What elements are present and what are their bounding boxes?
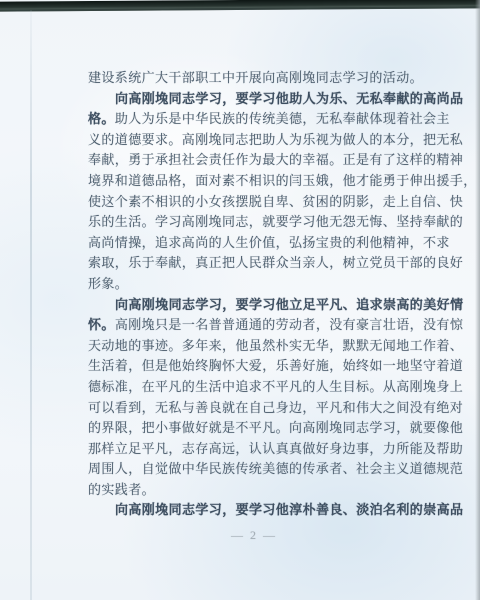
text-line: 可以看到，无私与善良就在自己身边，平凡和伟大之间没有绝对 (88, 398, 464, 419)
text-line: 高尚情操，追求高尚的人生价值，弘扬宝贵的利他精神，不求 (88, 233, 464, 254)
text-line: 的界限，把小事做好就是不平凡。向高刚堍同志学习，就要像他 (88, 418, 464, 439)
text-line: 使这个素不相识的小女孩摆脱自卑、贫困的阴影，走上自信、快 (88, 192, 464, 213)
text-line: 周围人，自觉做中华民族传统美德的传承者、社会主义道德规范 (88, 459, 464, 480)
text-line: 索取，乐于奉献，真正把人民群众当亲人，树立党员干部的良好 (88, 253, 464, 274)
text-run: 形象。 (88, 276, 128, 291)
text-run: 周围人，自觉做中华民族传统美德的传承者、社会主义道德规范 (88, 461, 463, 476)
bold-text-run: 向高刚堍同志学习，要学习他立足平凡、追求崇高的美好情 (115, 297, 463, 312)
text-line: 形象。 (88, 274, 464, 295)
text-line: 德标准，在平凡的生活中追求不平凡的人生目标。从高刚堍身上 (88, 377, 464, 398)
text-run: 乐的生活。学习高刚堍同志，就要学习他无怨无悔、坚持奉献的 (88, 214, 463, 229)
text-line: 义的道德要求。高刚堍同志把助人为乐视为做人的本分，把无私 (88, 130, 464, 151)
text-line: 向高刚堍同志学习，要学习他淳朴善良、淡泊名利的崇高品 (88, 500, 464, 521)
text-line: 奉献，勇于承担社会责任作为最大的幸福。正是有了这样的精神 (88, 150, 464, 171)
scan-edge-band (0, 0, 480, 12)
text-run: 高刚堍只是一名普普通通的劳动者，没有豪言壮语，没有惊 (115, 317, 463, 332)
text-run: 可以看到，无私与善良就在自己身边，平凡和伟大之间没有绝对 (88, 400, 463, 415)
text-run: 索取，乐于奉献，真正把人民群众当亲人，树立党员干部的良好 (88, 255, 463, 270)
text-run: 德标准，在平凡的生活中追求不平凡的人生目标。从高刚堍身上 (88, 379, 463, 394)
text-line: 向高刚堍同志学习，要学习他立足平凡、追求崇高的美好情 (88, 295, 464, 316)
page-fold-line (30, 10, 32, 600)
text-run: 天动地的事迹。多年来，他虽然朴实无华，默默无闻地工作着、 (88, 338, 463, 353)
text-run: 的界限，把小事做好就是不平凡。向高刚堍同志学习，就要像他 (88, 420, 463, 435)
text-line: 天动地的事迹。多年来，他虽然朴实无华，默默无闻地工作着、 (88, 336, 464, 357)
text-run: 境界和道德品格，面对素不相识的闫玉娥，他才能勇于伸出援手， (88, 173, 477, 188)
bold-text-run: 向高刚堍同志学习，要学习他助人为乐、无私奉献的高尚品 (115, 91, 463, 106)
text-run: 建设系统广大干部职工中开展向高刚堍同志学习的活动。 (88, 70, 423, 85)
text-line: 乐的生活。学习高刚堍同志，就要学习他无怨无悔、坚持奉献的 (88, 212, 464, 233)
text-run: 那样立足平凡，志存高远，认认真真做好身边事，力所能及帮助 (88, 441, 463, 456)
text-line: 境界和道德品格，面对素不相识的闫玉娥，他才能勇于伸出援手， (88, 171, 464, 192)
text-run: 生活着，但是他始终胸怀大爱，乐善好施，始终如一地坚守着道 (88, 358, 463, 373)
text-line: 怀。高刚堍只是一名普普通通的劳动者，没有豪言壮语，没有惊 (88, 315, 464, 336)
text-line: 那样立足平凡，志存高远，认认真真做好身边事，力所能及帮助 (88, 439, 464, 460)
text-line: 的实践者。 (88, 480, 464, 501)
text-line: 建设系统广大干部职工中开展向高刚堍同志学习的活动。 (88, 68, 464, 89)
text-run: 义的道德要求。高刚堍同志把助人为乐视为做人的本分，把无私 (88, 132, 463, 147)
text-run: 奉献，勇于承担社会责任作为最大的幸福。正是有了这样的精神 (88, 152, 463, 167)
text-line: 格。助人为乐是中华民族的传统美德，无私奉献体现着社会主 (88, 109, 464, 130)
bold-text-run: 向高刚堍同志学习，要学习他淳朴善良、淡泊名利的崇高品 (115, 502, 463, 517)
scan-right-edge (475, 0, 480, 600)
text-run: 的实践者。 (88, 482, 155, 497)
bold-text-run: 怀。 (88, 317, 115, 332)
text-run: 助人为乐是中华民族的传统美德，无私奉献体现着社会主 (115, 111, 450, 126)
bold-text-run: 格。 (88, 111, 115, 126)
text-run: 高尚情操，追求高尚的人生价值，弘扬宝贵的利他精神，不求 (88, 235, 450, 250)
scanned-document-page: 建设系统广大干部职工中开展向高刚堍同志学习的活动。向高刚堍同志学习，要学习他助人… (0, 0, 480, 600)
text-line: 向高刚堍同志学习，要学习他助人为乐、无私奉献的高尚品 (88, 89, 464, 110)
text-line: 生活着，但是他始终胸怀大爱，乐善好施，始终如一地坚守着道 (88, 356, 464, 377)
text-run: 使这个素不相识的小女孩摆脱自卑、贫困的阴影，走上自信、快 (88, 194, 463, 209)
page-number: — 2 — (0, 528, 480, 543)
page-text: 建设系统广大干部职工中开展向高刚堍同志学习的活动。向高刚堍同志学习，要学习他助人… (88, 68, 464, 521)
